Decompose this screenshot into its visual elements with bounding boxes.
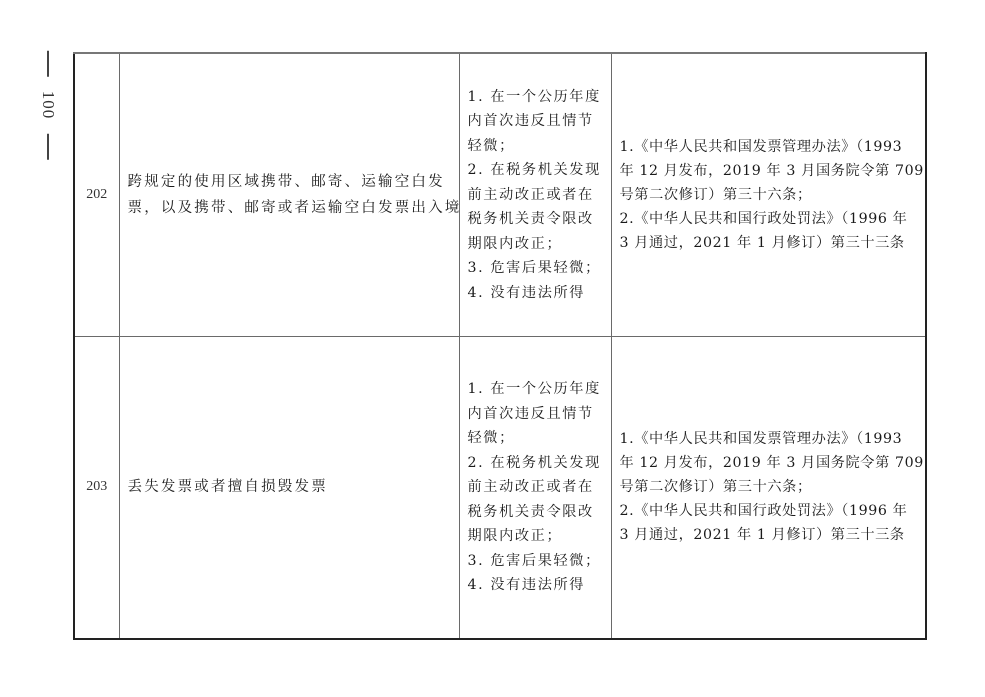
item-number: 203 — [74, 336, 119, 639]
condition-line: 2. 在税务机关发现 — [468, 158, 605, 183]
basis-line: 1.《中华人民共和国发票管理办法》（1993 — [620, 427, 920, 451]
basis-line: 号第二次修订）第三十六条； — [620, 475, 920, 499]
condition-line: 轻微； — [468, 134, 605, 159]
condition-line: 税务机关责令限改 — [468, 207, 605, 232]
legal-basis: 1.《中华人民共和国发票管理办法》（1993 年 12 月发布，2019 年 3… — [611, 53, 926, 336]
condition-line: 3. 危害后果轻微； — [468, 549, 605, 574]
item-number: 202 — [74, 53, 119, 336]
page-number-dash-left — [47, 51, 49, 77]
condition-line: 期限内改正； — [468, 232, 605, 257]
violations-table: 202 跨规定的使用区域携带、邮寄、运输空白发 票，以及携带、邮寄或者运输空白发… — [73, 52, 927, 640]
description-line: 跨规定的使用区域携带、邮寄、运输空白发 — [128, 169, 451, 195]
exemption-conditions: 1. 在一个公历年度 内首次违反且情节 轻微； 2. 在税务机关发现 前主动改正… — [459, 336, 611, 639]
page-number-dash-right — [47, 133, 49, 159]
table-row: 203 丢失发票或者擅自损毁发票 1. 在一个公历年度 内首次违反且情节 轻微；… — [74, 336, 926, 639]
basis-line: 3 月通过，2021 年 1 月修订）第三十三条 — [620, 523, 920, 547]
condition-line: 3. 危害后果轻微； — [468, 256, 605, 281]
condition-line: 2. 在税务机关发现 — [468, 451, 605, 476]
condition-line: 内首次违反且情节 — [468, 109, 605, 134]
condition-line: 前主动改正或者在 — [468, 183, 605, 208]
basis-line: 2.《中华人民共和国行政处罚法》（1996 年 — [620, 499, 920, 523]
condition-line: 前主动改正或者在 — [468, 475, 605, 500]
basis-line: 号第二次修订）第三十六条； — [620, 183, 920, 207]
basis-line: 2.《中华人民共和国行政处罚法》（1996 年 — [620, 207, 920, 231]
page-number-value: 100 — [38, 91, 58, 120]
condition-line: 期限内改正； — [468, 524, 605, 549]
basis-line: 1.《中华人民共和国发票管理办法》（1993 — [620, 135, 920, 159]
exemption-conditions: 1. 在一个公历年度 内首次违反且情节 轻微； 2. 在税务机关发现 前主动改正… — [459, 53, 611, 336]
description-line: 丢失发票或者擅自损毁发票 — [128, 474, 451, 500]
violation-description: 跨规定的使用区域携带、邮寄、运输空白发 票，以及携带、邮寄或者运输空白发票出入境 — [119, 53, 459, 336]
legal-basis: 1.《中华人民共和国发票管理办法》（1993 年 12 月发布，2019 年 3… — [611, 336, 926, 639]
condition-line: 4. 没有违法所得 — [468, 573, 605, 598]
basis-line: 3 月通过，2021 年 1 月修订）第三十三条 — [620, 231, 920, 255]
condition-line: 内首次违反且情节 — [468, 402, 605, 427]
page-number: 100 — [38, 51, 58, 160]
condition-line: 1. 在一个公历年度 — [468, 85, 605, 110]
condition-line: 税务机关责令限改 — [468, 500, 605, 525]
table-row: 202 跨规定的使用区域携带、邮寄、运输空白发 票，以及携带、邮寄或者运输空白发… — [74, 53, 926, 336]
condition-line: 轻微； — [468, 426, 605, 451]
basis-line: 年 12 月发布，2019 年 3 月国务院令第 709 — [620, 451, 920, 475]
violation-description: 丢失发票或者擅自损毁发票 — [119, 336, 459, 639]
condition-line: 1. 在一个公历年度 — [468, 377, 605, 402]
basis-line: 年 12 月发布，2019 年 3 月国务院令第 709 — [620, 159, 920, 183]
description-line: 票，以及携带、邮寄或者运输空白发票出入境 — [128, 195, 451, 221]
condition-line: 4. 没有违法所得 — [468, 281, 605, 306]
